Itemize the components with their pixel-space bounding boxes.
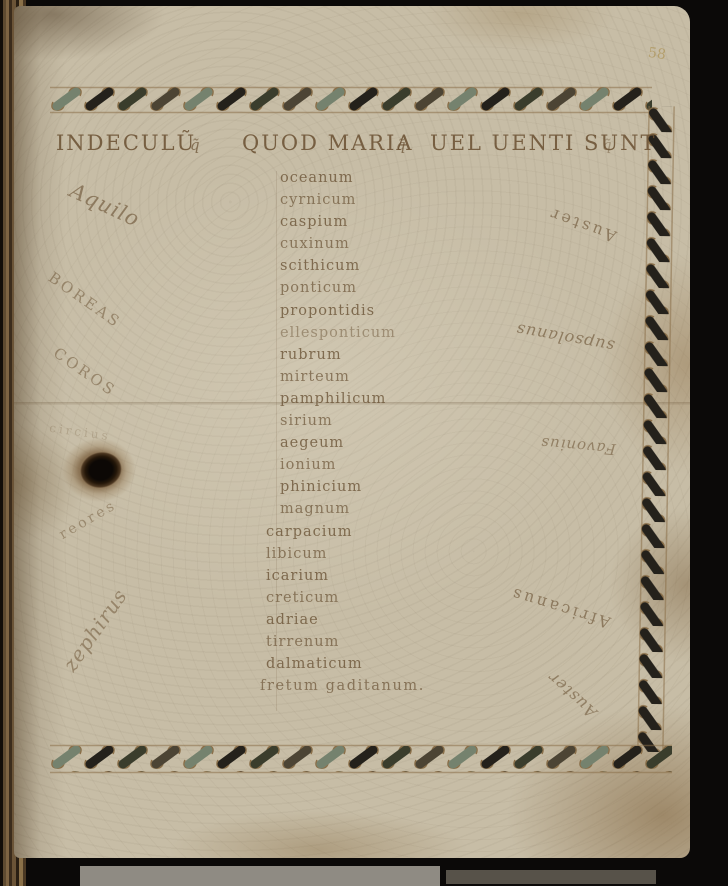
sea-list-item: phinicium — [280, 476, 510, 498]
sea-list: oceanumcyrnicumcaspiumcuxinumscithicumpo… — [280, 167, 510, 697]
sea-list-item: fretum gaditanum. — [260, 675, 510, 697]
sea-list-item: mirteum — [280, 366, 510, 388]
table-strip-shadow — [446, 870, 656, 884]
interlace-border-top — [50, 86, 652, 114]
sea-list-item: magnum — [280, 498, 510, 520]
sea-list-item: cuxinum — [280, 233, 510, 255]
sea-list-item: adriae — [266, 609, 510, 631]
sea-list-item: ellesponticum — [280, 322, 510, 344]
title-separator: q̃ — [190, 136, 200, 154]
table-strip — [80, 866, 440, 886]
title-word-indiculum: INDECULŨ — [56, 131, 196, 155]
sea-list-item: ponticum — [280, 277, 510, 299]
sea-list-item: ionium — [280, 454, 510, 476]
sea-list-item: dalmaticum — [266, 653, 510, 675]
sea-list-item: oceanum — [280, 167, 510, 189]
sea-list-item: sirium — [280, 410, 510, 432]
title-separator: q̃ — [602, 136, 612, 154]
sea-list-item: propontidis — [280, 300, 510, 322]
sea-list-item: caspium — [280, 211, 510, 233]
sea-list-item: aegeum — [280, 432, 510, 454]
sea-list-item: libicum — [266, 543, 510, 565]
folio-number: 58 — [647, 45, 667, 63]
interlace-border-bottom — [50, 744, 672, 774]
title-word-vel-venti-sunt: UEL UENTI SUNT — [430, 131, 657, 155]
sea-list-item: pamphilicum — [280, 388, 510, 410]
sea-list-item: carpacium — [266, 521, 510, 543]
sea-list-item: icarium — [266, 565, 510, 587]
sea-list-item: cyrnicum — [280, 189, 510, 211]
sea-list-item: rubrum — [280, 344, 510, 366]
photo-background: { "folio_number": "58", "title": { "word… — [0, 0, 728, 886]
title-word-quod-maria: QUOD MARIA — [242, 131, 414, 155]
sea-list-item: creticum — [266, 587, 510, 609]
title-separator: q̃ — [396, 136, 406, 154]
sea-list-item: scithicum — [280, 255, 510, 277]
sea-list-item: tirrenum — [266, 631, 510, 653]
